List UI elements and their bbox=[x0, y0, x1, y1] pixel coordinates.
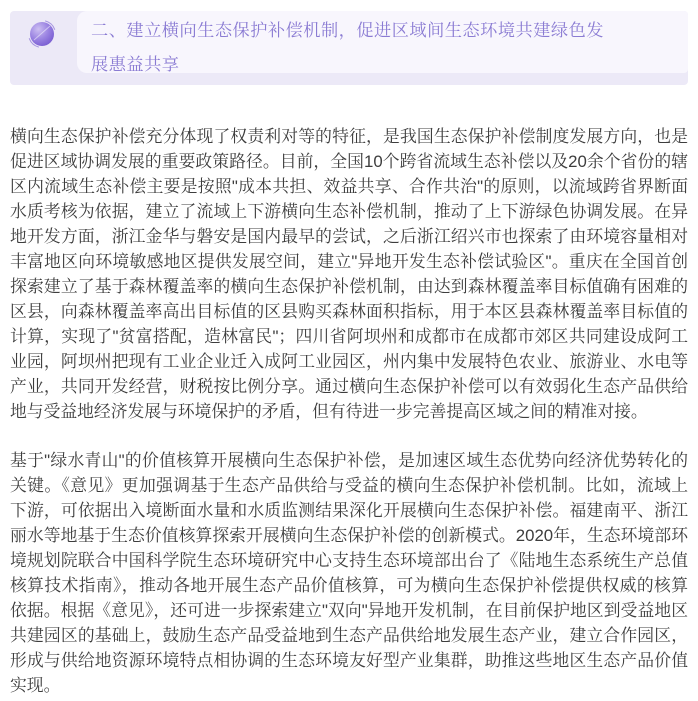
article-paragraph-1: 横向生态保护补偿充分体现了权责利对等的特征，是我国生态保护补偿制度发展方向，也是… bbox=[10, 124, 688, 424]
article-page: 二、建立横向生态保护补偿机制，促进区域间生态环境共建绿色发 展惠益共享 横向生态… bbox=[0, 0, 698, 701]
section-title: 二、建立横向生态保护补偿机制，促进区域间生态环境共建绿色发 展惠益共享 bbox=[77, 11, 688, 81]
section-title-panel: 二、建立横向生态保护补偿机制，促进区域间生态环境共建绿色发 展惠益共享 bbox=[77, 11, 688, 73]
section-header: 二、建立横向生态保护补偿机制，促进区域间生态环境共建绿色发 展惠益共享 bbox=[10, 11, 688, 85]
article-paragraph-2: 基于"绿水青山"的价值核算开展横向生态保护补偿，是加速区域生态优势向经济优势转化… bbox=[10, 448, 688, 698]
planet-sphere-icon bbox=[28, 20, 56, 48]
article-body: 横向生态保护补偿充分体现了权责利对等的特征，是我国生态保护补偿制度发展方向，也是… bbox=[0, 124, 698, 698]
